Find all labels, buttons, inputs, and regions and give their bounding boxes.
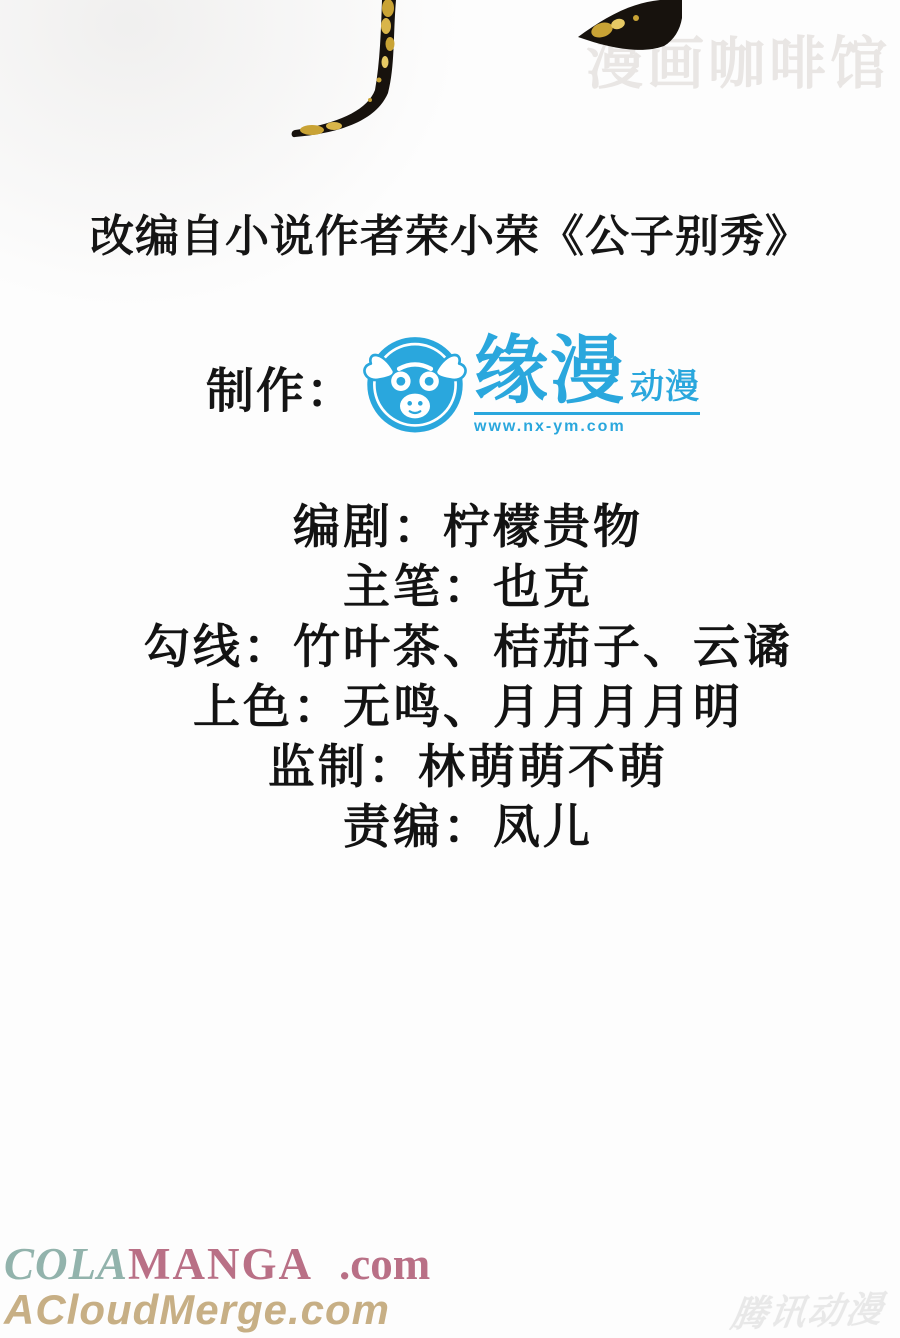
studio-suffix: 动漫: [630, 370, 700, 404]
watermark-tencent-anime: 腾讯动漫: [728, 1281, 888, 1337]
credit-line-editor: 责编：凤儿: [0, 797, 900, 857]
brush-stroke-corner-icon: [572, 0, 682, 60]
studio-name: 缘漫: [474, 334, 626, 408]
watermark-manga-part: MANGA: [128, 1239, 313, 1289]
watermark-acloudmerge: ACloudMerge.com: [4, 1286, 390, 1334]
production-row: 制作： 缘漫: [206, 330, 700, 436]
studio-logo: 缘漫 动漫 www.nx-ym.com: [362, 330, 700, 436]
credit-line-coloring: 上色：无鸣、月月月月明: [0, 677, 900, 737]
credit-line-lead-artist: 主笔：也克: [0, 557, 900, 617]
production-label: 制作：: [206, 352, 356, 421]
studio-logo-text: 缘漫 动漫 www.nx-ym.com: [474, 334, 700, 436]
adaptation-credit: 改编自小说作者荣小荣《公子别秀》: [0, 200, 900, 264]
credit-line-supervisor: 监制：林萌萌不萌: [0, 737, 900, 797]
credit-line-screenwriter: 编剧：柠檬贵物: [0, 497, 900, 557]
credit-line-inking: 勾线：竹叶茶、桔茄子、云谲: [0, 617, 900, 677]
credits-list: 编剧：柠檬贵物 主笔：也克 勾线：竹叶茶、桔茄子、云谲 上色：无鸣、月月月月明 …: [0, 497, 900, 857]
watermark-dotcom-part: .com: [339, 1239, 430, 1289]
comic-credits-page: 漫画咖啡馆 改编自小说作者荣小荣《公子别秀》 制作：: [0, 0, 900, 1338]
watermark-colamanga: COLAMANGA.com: [4, 1242, 430, 1287]
watermark-cola-part: COLA: [4, 1239, 128, 1289]
paper-texture: [0, 0, 520, 360]
studio-website: www.nx-ym.com: [474, 412, 700, 436]
brush-stroke-hook-icon: [282, 0, 432, 145]
studio-emblem-icon: [362, 330, 468, 436]
